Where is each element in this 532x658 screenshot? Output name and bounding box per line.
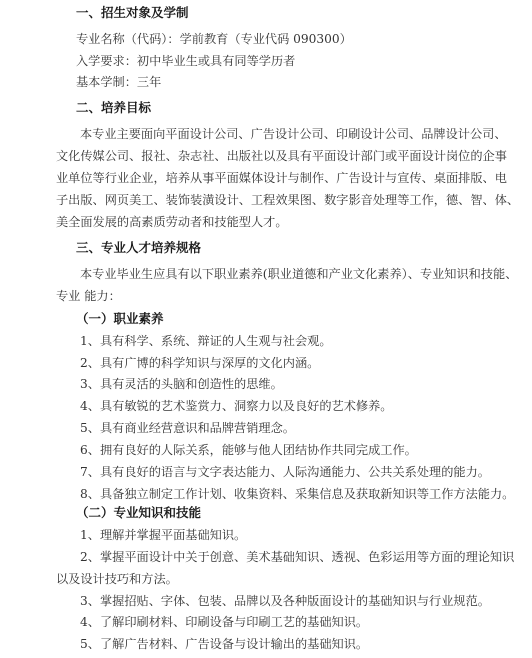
goal-paragraph-line: 文化传媒公司、报社、杂志社、出版社以及具有平面设计部门或平面设计岗位的企事 <box>56 148 507 164</box>
section-heading-enrollment: 一、招生对象及学制 <box>76 5 189 21</box>
quality-item: 2、具有广博的科学知识与深厚的文化内涵。 <box>80 355 319 371</box>
subheading-knowledge-skills: （二）专业知识和技能 <box>76 505 201 521</box>
section-heading-training-goal: 二、培养目标 <box>76 100 151 116</box>
skill-item: 5、了解广告材料、广告设备与设计输出的基础知识。 <box>80 636 368 652</box>
skill-item-continuation: 以及设计技巧和方法。 <box>56 571 178 587</box>
skill-item: 4、了解印刷材料、印刷设备与印刷工艺的基础知识。 <box>80 614 368 630</box>
goal-paragraph-line: 美全面发展的高素质劳动者和技能型人才。 <box>56 214 288 230</box>
quality-item: 5、具有商业经营意识和品牌营销理念。 <box>80 420 295 436</box>
skill-item: 2、掌握平面设计中关于创意、美术基础知识、透视、色彩运用等方面的理论知识 <box>80 549 514 565</box>
quality-item: 1、具有科学、系统、辩证的人生观与社会观。 <box>80 333 332 349</box>
skill-item: 1、理解并掌握平面基础知识。 <box>80 527 246 543</box>
quality-item: 8、具备独立制定工作计划、收集资料、采集信息及获取新知识等工作方法能力。 <box>80 486 514 502</box>
major-name-line: 专业名称（代码）：学前教育（专业代码 090300） <box>76 31 352 47</box>
section-heading-talent-spec: 三、专业人才培养规格 <box>76 240 201 256</box>
admission-requirement-line: 入学要求：初中毕业生或具有同等学历者 <box>76 53 295 69</box>
quality-item: 4、具有敏锐的艺术鉴赏力、洞察力以及良好的艺术修养。 <box>80 398 392 414</box>
skill-item: 3、掌握招贴、字体、包装、品牌以及各种版面设计的基础知识与行业规范。 <box>80 593 490 609</box>
goal-paragraph-line: 本专业主要面向平面设计公司、广告设计公司、印刷设计公司、品牌设计公司、 <box>80 126 507 142</box>
quality-item: 7、具有良好的语言与文字表达能力、人际沟通能力、公共关系处理的能力。 <box>80 464 490 480</box>
quality-item: 6、拥有良好的人际关系，能够与他人团结协作共同完成工作。 <box>80 442 417 458</box>
spec-intro-line: 专业 能力： <box>56 288 121 304</box>
spec-intro-line: 本专业毕业生应具有以下职业素养(职业道德和产业文化素养）、专业知识和技能、 <box>80 266 517 282</box>
goal-paragraph-line: 业单位等行业企业，培养从事平面媒体设计与制作、广告设计与宣传、桌面排版、电 <box>56 170 507 186</box>
subheading-professional-quality: （一）职业素养 <box>76 311 164 327</box>
goal-paragraph-line: 子出版、网页美工、装饰装潢设计、工程效果图、数字影音处理等工作，德、智、体、 <box>56 192 519 208</box>
duration-line: 基本学制：三年 <box>76 74 161 90</box>
quality-item: 3、具有灵活的头脑和创造性的思维。 <box>80 376 283 392</box>
